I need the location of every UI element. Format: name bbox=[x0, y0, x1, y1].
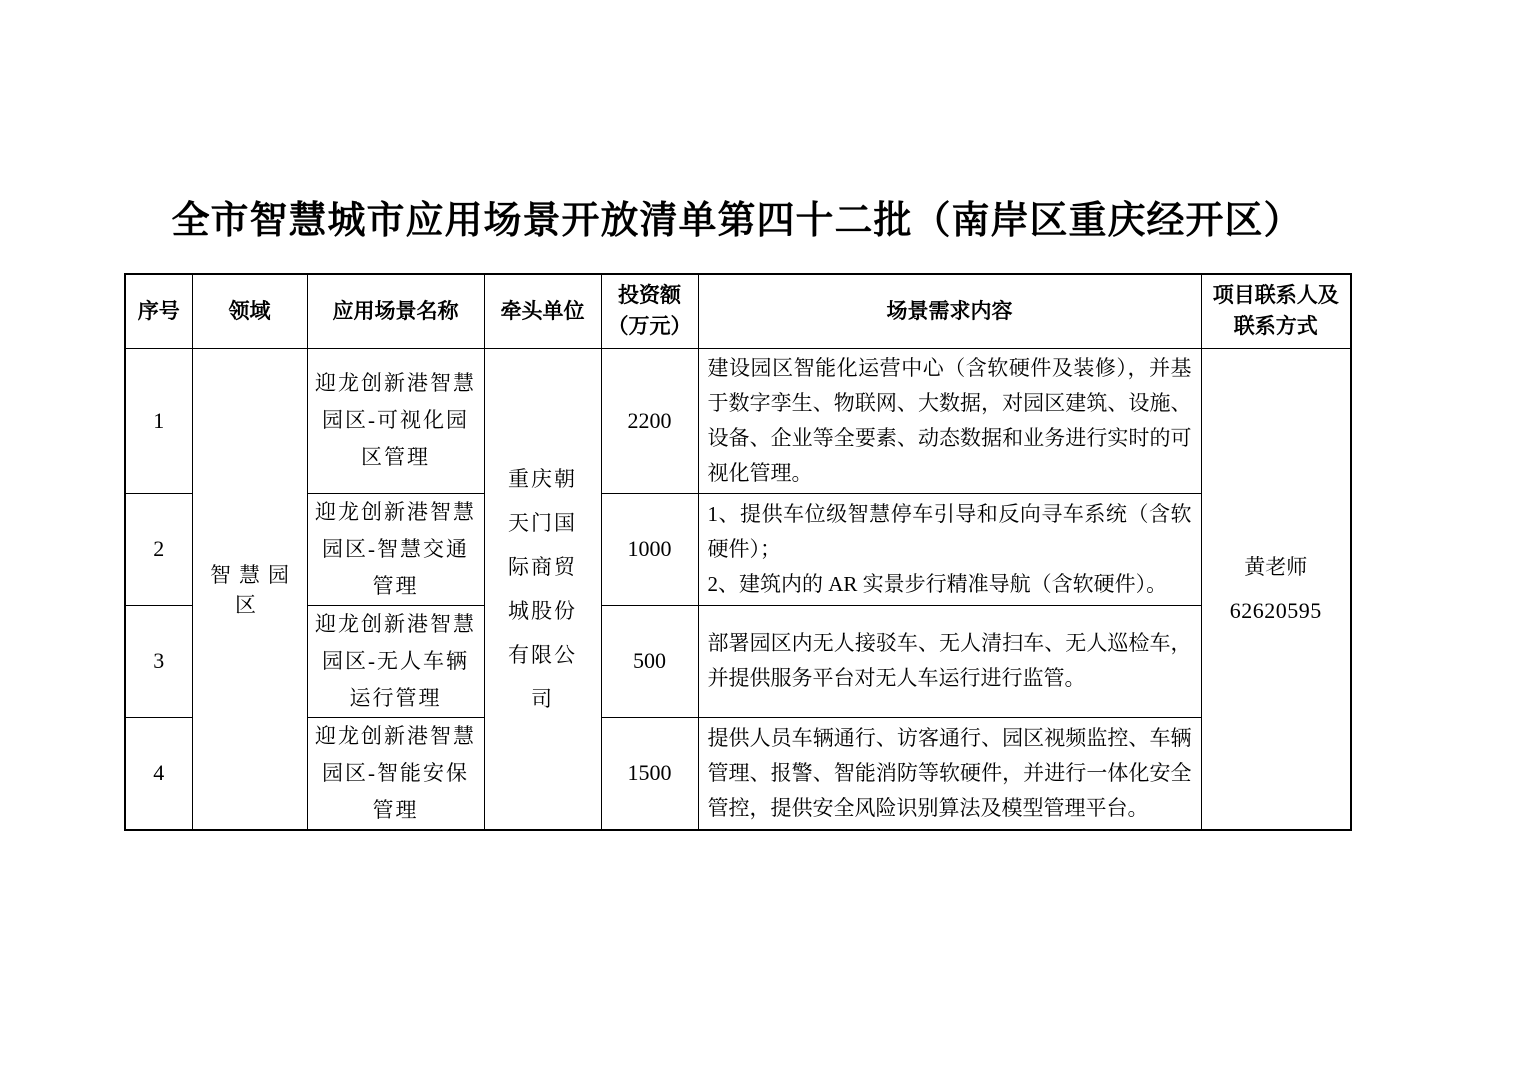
table-header-row: 序号 领域 应用场景名称 牵头单位 投资额 （万元） 场景需求内容 项目联系人及… bbox=[125, 274, 1351, 348]
cell-seq-1: 1 bbox=[125, 348, 192, 493]
cell-demand-2: 1、提供车位级智慧停车引导和反向寻车系统（含软硬件）； 2、建筑内的 AR 实景… bbox=[698, 493, 1201, 605]
cell-investment-2: 1000 bbox=[601, 493, 698, 605]
cell-investment-4: 1500 bbox=[601, 717, 698, 830]
column-header-demand: 场景需求内容 bbox=[698, 274, 1201, 348]
cell-scenario-name-2: 迎龙创新港智慧园区-智慧交通管理 bbox=[307, 493, 484, 605]
cell-investment-3: 500 bbox=[601, 605, 698, 717]
cell-scenario-name-3: 迎龙创新港智慧园区-无人车辆运行管理 bbox=[307, 605, 484, 717]
cell-demand-4: 提供人员车辆通行、访客通行、园区视频监控、车辆管理、报警、智能消防等软硬件，并进… bbox=[698, 717, 1201, 830]
column-header-investment: 投资额 （万元） bbox=[601, 274, 698, 348]
column-header-lead-unit: 牵头单位 bbox=[484, 274, 601, 348]
cell-demand-3: 部署园区内无人接驳车、无人清扫车、无人巡检车，并提供服务平台对无人车运行进行监管… bbox=[698, 605, 1201, 717]
column-header-seq: 序号 bbox=[125, 274, 192, 348]
cell-seq-2: 2 bbox=[125, 493, 192, 605]
cell-demand-1: 建设园区智能化运营中心（含软硬件及装修），并基于数字孪生、物联网、大数据，对园区… bbox=[698, 348, 1201, 493]
cell-contact: 黄老师 62620595 bbox=[1201, 348, 1351, 830]
cell-domain: 智慧园区 bbox=[192, 348, 307, 830]
page-title: 全市智慧城市应用场景开放清单第四十二批（南岸区重庆经开区） bbox=[124, 196, 1350, 246]
cell-lead-unit: 重庆朝天门国际商贸城股份有限公司 bbox=[484, 348, 601, 830]
cell-scenario-name-4: 迎龙创新港智慧园区-智能安保管理 bbox=[307, 717, 484, 830]
column-header-scenario: 应用场景名称 bbox=[307, 274, 484, 348]
cell-seq-3: 3 bbox=[125, 605, 192, 717]
column-header-contact: 项目联系人及 联系方式 bbox=[1201, 274, 1351, 348]
table-row: 1 智慧园区 迎龙创新港智慧园区-可视化园区管理 重庆朝天门国际商贸城股份有限公… bbox=[125, 348, 1351, 493]
cell-scenario-name-1: 迎龙创新港智慧园区-可视化园区管理 bbox=[307, 348, 484, 493]
contact-phone: 62620595 bbox=[1202, 589, 1351, 632]
lead-unit-text: 重庆朝天门国际商贸城股份有限公司 bbox=[497, 457, 587, 721]
table-row: 4 迎龙创新港智慧园区-智能安保管理 1500 提供人员车辆通行、访客通行、园区… bbox=[125, 717, 1351, 830]
column-header-domain: 领域 bbox=[192, 274, 307, 348]
table-row: 2 迎龙创新港智慧园区-智慧交通管理 1000 1、提供车位级智慧停车引导和反向… bbox=[125, 493, 1351, 605]
cell-seq-4: 4 bbox=[125, 717, 192, 830]
table-row: 3 迎龙创新港智慧园区-无人车辆运行管理 500 部署园区内无人接驳车、无人清扫… bbox=[125, 605, 1351, 717]
scenario-table: 序号 领域 应用场景名称 牵头单位 投资额 （万元） 场景需求内容 项目联系人及… bbox=[124, 273, 1352, 831]
contact-name: 黄老师 bbox=[1202, 546, 1351, 589]
cell-investment-1: 2200 bbox=[601, 348, 698, 493]
